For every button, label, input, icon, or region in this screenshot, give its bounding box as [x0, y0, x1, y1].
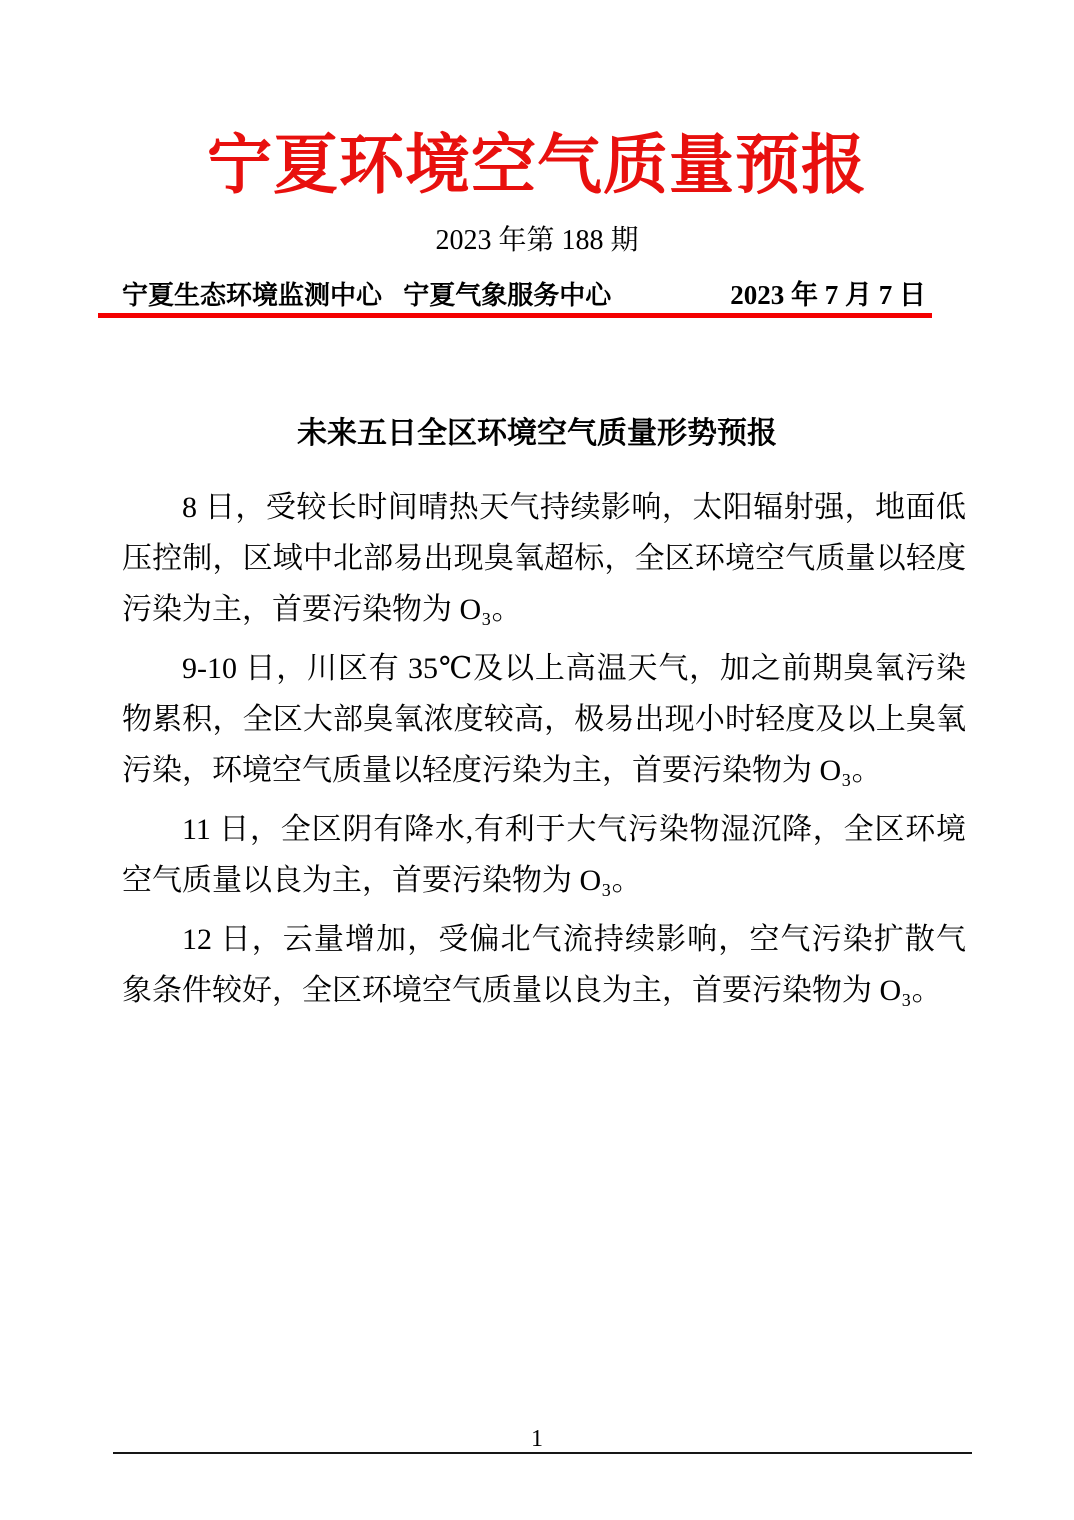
document-title: 宁夏环境空气质量预报: [0, 0, 1074, 210]
forecast-body: 8 日，受较长时间晴热天气持续影响，太阳辐射强，地面低压控制，区域中北部易出现臭…: [122, 482, 966, 1016]
issue-number: 2023 年第 188 期: [0, 223, 1074, 259]
org-environment-monitoring-center: 宁夏生态环境监测中心: [122, 280, 382, 310]
footer-divider: [113, 1452, 972, 1454]
paragraph-day-12: 12 日，云量增加，受偏北气流持续影响，空气污染扩散气象条件较好，全区环境空气质…: [122, 914, 966, 1016]
masthead: 宁夏生态环境监测中心 宁夏气象服务中心 2023 年 7 月 7 日: [98, 279, 932, 318]
paragraph-day-11: 11 日，全区阴有降水,有利于大气污染物湿沉降，全区环境空气质量以良为主，首要污…: [122, 804, 966, 906]
paragraph-day-9-10: 9-10 日，川区有 35℃及以上高温天气，加之前期臭氧污染物累积，全区大部臭氧…: [122, 643, 966, 796]
issuing-organizations: 宁夏生态环境监测中心 宁夏气象服务中心: [122, 279, 611, 311]
paragraph-day-8: 8 日，受较长时间晴热天气持续影响，太阳辐射强，地面低压控制，区域中北部易出现臭…: [122, 482, 966, 635]
org-meteorological-service-center: 宁夏气象服务中心: [403, 280, 611, 310]
section-heading: 未来五日全区环境空气质量形势预报: [0, 414, 1074, 454]
issue-date: 2023 年 7 月 7 日: [730, 279, 926, 311]
document-page: 宁夏环境空气质量预报 2023 年第 188 期 宁夏生态环境监测中心 宁夏气象…: [0, 0, 1074, 1520]
page-number: 1: [0, 1426, 1074, 1452]
